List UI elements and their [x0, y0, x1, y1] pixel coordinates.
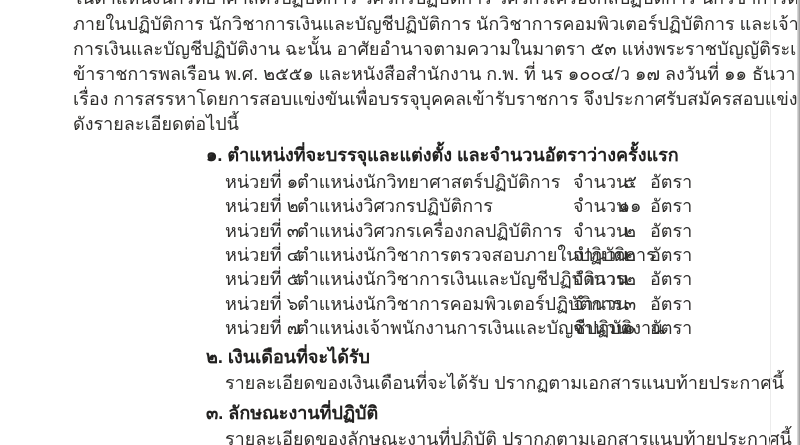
vacancy-row: หน่วยที่ ๖ ตำแหน่งนักวิชาการคอมพิวเตอร์ป… [0, 292, 800, 316]
count-unit: อัตรา [650, 170, 692, 194]
count-unit: อัตรา [650, 243, 692, 267]
section-3-body: รายละเอียดของลักษณะงานที่ปฏิบัติ ปรากฏตา… [225, 427, 792, 445]
vacancy-row: หน่วยที่ ๓ ตำแหน่งวิศวกรเครื่องกลปฏิบัติ… [0, 219, 800, 243]
paragraph-line: ข้าราชการพลเรือน พ.ศ. ๒๕๕๑ และหนังสือสำน… [73, 62, 753, 87]
paragraph-line: เรื่อง การสรรหาโดยการสอบแข่งขันเพื่อบรรจ… [73, 87, 753, 112]
vacancy-row: หน่วยที่ ๑ ตำแหน่งนักวิทยาศาสตร์ปฏิบัติก… [0, 170, 800, 194]
section-3-heading: ๓. ลักษณะงานที่ปฏิบัติ [206, 401, 378, 426]
count-value: ๒ [613, 219, 647, 243]
count-value: ๕ [613, 170, 647, 194]
position-title: ตำแหน่งวิศวกรเครื่องกลปฏิบัติการ [297, 219, 562, 243]
unit-label: หน่วยที่ ๗ [225, 316, 300, 340]
count-value: ๒ [613, 243, 647, 267]
section-2-body: รายละเอียดของเงินเดือนที่จะได้รับ ปรากฏต… [225, 371, 784, 396]
unit-label: หน่วยที่ ๓ [225, 219, 299, 243]
position-title: ตำแหน่งนักวิทยาศาสตร์ปฏิบัติการ [297, 170, 560, 194]
vacancy-row: หน่วยที่ ๔ ตำแหน่งนักวิชาการตรวจสอบภายใน… [0, 243, 800, 267]
vacancy-row: หน่วยที่ ๗ ตำแหน่งเจ้าพนักงานการเงินและบ… [0, 316, 800, 340]
section-1-heading: ๑. ตำแหน่งที่จะบรรจุและแต่งตั้ง และจำนวน… [206, 143, 679, 168]
count-unit: อัตรา [650, 316, 692, 340]
paragraph-line: การเงินและบัญชีปฏิบัติงาน ฉะนั้น อาศัยอำ… [73, 37, 753, 62]
position-title: ตำแหน่งวิศวกรปฏิบัติการ [297, 194, 493, 218]
paragraph-line: ดังรายละเอียดต่อไปนี้ [73, 112, 753, 137]
count-value: ๓ [613, 292, 647, 316]
unit-label: หน่วยที่ ๑ [225, 170, 298, 194]
count-value: ๒ [613, 267, 647, 291]
count-unit: อัตรา [650, 292, 692, 316]
document-page: ในตำแหน่งนักวิทยาศาสตร์ปฏิบัติการ วิศวกร… [0, 0, 800, 445]
unit-label: หน่วยที่ ๒ [225, 194, 299, 218]
paragraph-line: ภายในปฏิบัติการ นักวิชาการเงินและบัญชีปฏ… [73, 12, 753, 37]
vacancy-row: หน่วยที่ ๕ ตำแหน่งนักวิชาการเงินและบัญชี… [0, 267, 800, 291]
scan-artifact-line [770, 0, 771, 445]
unit-label: หน่วยที่ ๕ [225, 267, 300, 291]
count-unit: อัตรา [650, 194, 692, 218]
count-value: ๑ [613, 316, 647, 340]
count-unit: อัตรา [650, 219, 692, 243]
count-unit: อัตรา [650, 267, 692, 291]
count-value: ๑๑ [613, 194, 647, 218]
unit-label: หน่วยที่ ๔ [225, 243, 300, 267]
paragraph-line: ในตำแหน่งนักวิทยาศาสตร์ปฏิบัติการ วิศวกร… [73, 0, 753, 11]
section-2-heading: ๒. เงินเดือนที่จะได้รับ [206, 345, 370, 370]
vacancy-row: หน่วยที่ ๒ ตำแหน่งวิศวกรปฏิบัติการ จำนวน… [0, 194, 800, 218]
unit-label: หน่วยที่ ๖ [225, 292, 298, 316]
